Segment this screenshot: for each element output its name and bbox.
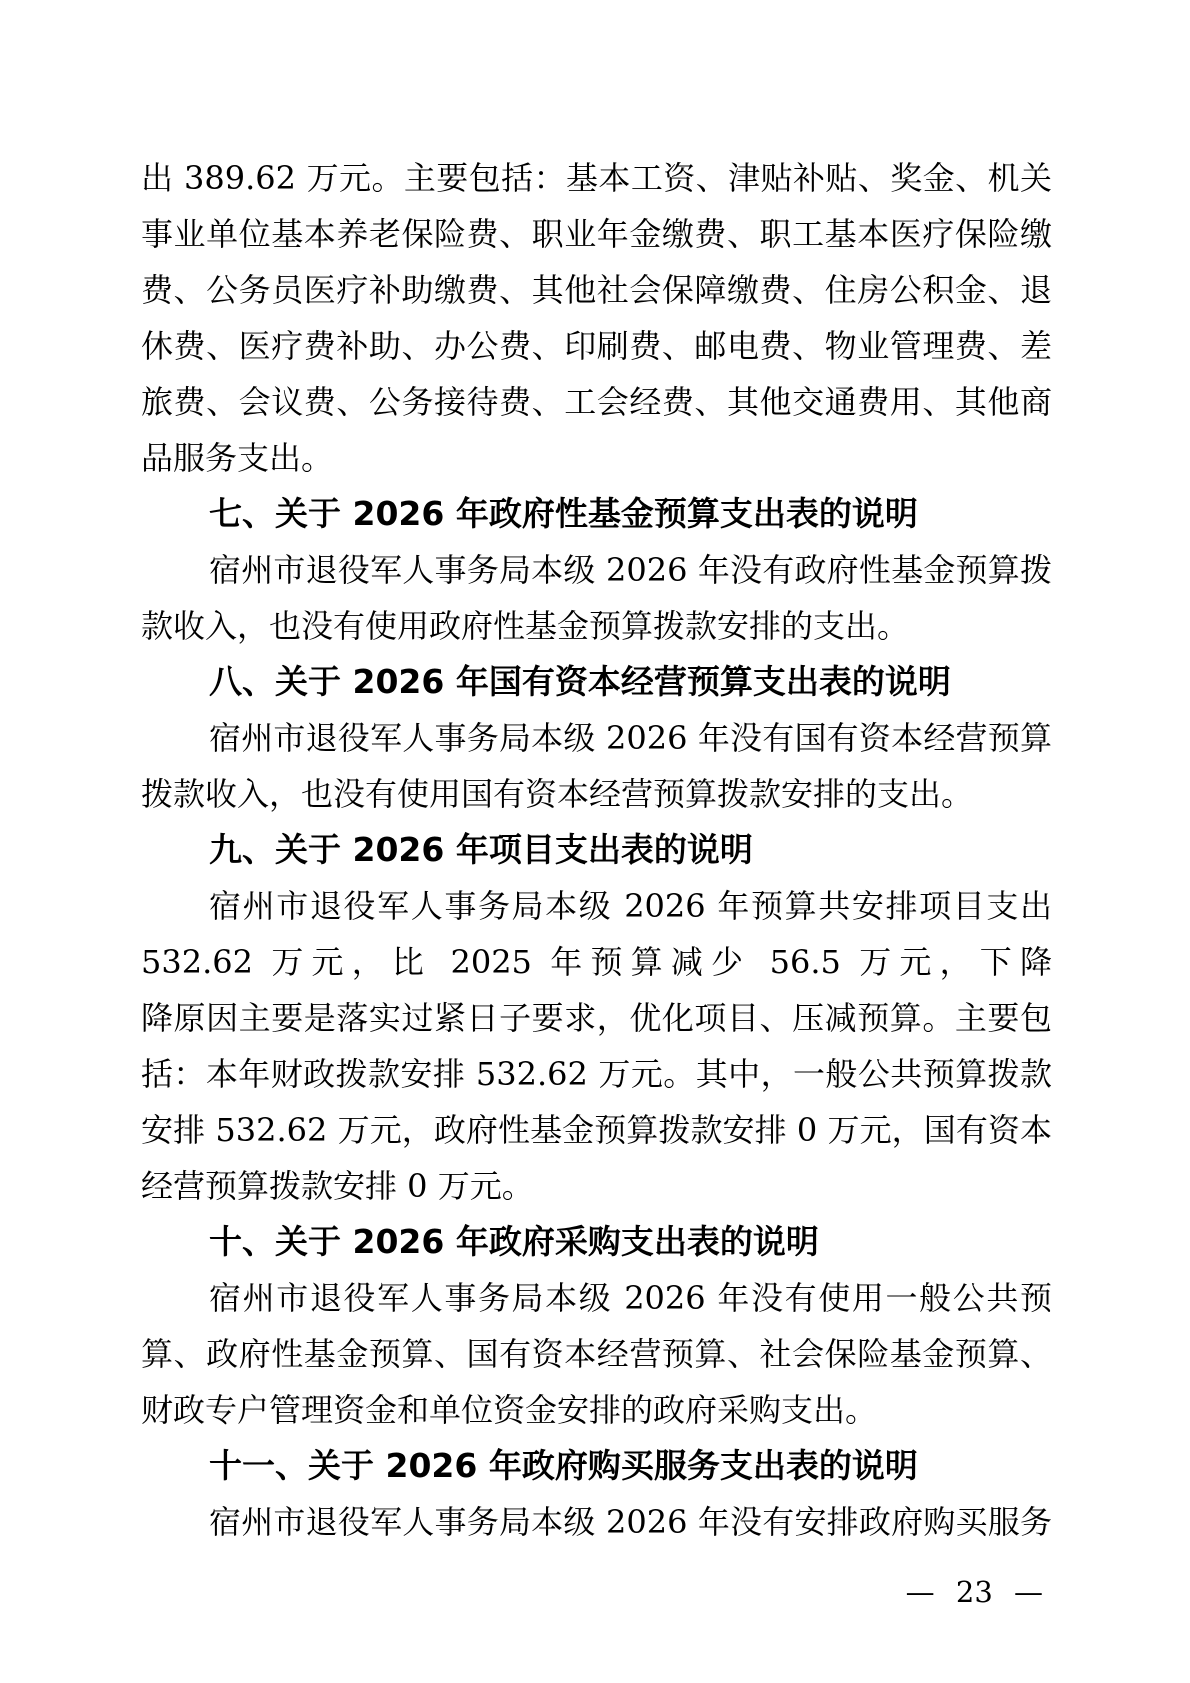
- paragraph: 宿州市退役军人事务局本级 2026 年预算共安排项目支出532.62 万元，比 …: [141, 878, 1052, 1214]
- document-content: 出 389.62 万元。主要包括：基本工资、津贴补贴、奖金、机关事业单位基本养老…: [141, 150, 1052, 1550]
- paragraph: 宿州市退役军人事务局本级 2026 年没有安排政府购买服务: [141, 1494, 1052, 1550]
- document-page: 出 389.62 万元。主要包括：基本工资、津贴补贴、奖金、机关事业单位基本养老…: [0, 0, 1190, 1683]
- paragraph: 宿州市退役军人事务局本级 2026 年没有国有资本经营预算拨款收入，也没有使用国…: [141, 710, 1052, 822]
- text-line: 宿州市退役军人事务局本级 2026 年没有国有资本经营预算: [141, 710, 1052, 766]
- text-line: 宿州市退役军人事务局本级 2026 年没有政府性基金预算拨: [141, 542, 1052, 598]
- paragraph: 宿州市退役军人事务局本级 2026 年没有使用一般公共预算、政府性基金预算、国有…: [141, 1270, 1052, 1438]
- text-line: 九、关于 2026 年项目支出表的说明: [141, 822, 1052, 878]
- text-line: 旅费、会议费、公务接待费、工会经费、其他交通费用、其他商: [141, 374, 1052, 430]
- section-heading: 七、关于 2026 年政府性基金预算支出表的说明: [141, 486, 1052, 542]
- text-line: 拨款收入，也没有使用国有资本经营预算拨款安排的支出。: [141, 766, 1052, 822]
- text-line: 款收入，也没有使用政府性基金预算拨款安排的支出。: [141, 598, 1052, 654]
- text-line: 经营预算拨款安排 0 万元。: [141, 1158, 1052, 1214]
- text-line: 出 389.62 万元。主要包括：基本工资、津贴补贴、奖金、机关: [141, 150, 1052, 206]
- text-line: 事业单位基本养老保险费、职业年金缴费、职工基本医疗保险缴: [141, 206, 1052, 262]
- text-line: 降原因主要是落实过紧日子要求，优化项目、压减预算。主要包: [141, 990, 1052, 1046]
- text-line: 休费、医疗费补助、办公费、印刷费、邮电费、物业管理费、差: [141, 318, 1052, 374]
- text-line: 安排 532.62 万元，政府性基金预算拨款安排 0 万元，国有资本: [141, 1102, 1052, 1158]
- text-line: 费、公务员医疗补助缴费、其他社会保障缴费、住房公积金、退: [141, 262, 1052, 318]
- text-line: 财政专户管理资金和单位资金安排的政府采购支出。: [141, 1382, 1052, 1438]
- text-line: 括：本年财政拨款安排 532.62 万元。其中，一般公共预算拨款: [141, 1046, 1052, 1102]
- section-heading: 十一、关于 2026 年政府购买服务支出表的说明: [141, 1438, 1052, 1494]
- text-line: 宿州市退役军人事务局本级 2026 年没有安排政府购买服务: [141, 1494, 1052, 1550]
- paragraph: 出 389.62 万元。主要包括：基本工资、津贴补贴、奖金、机关事业单位基本养老…: [141, 150, 1052, 486]
- text-line: 宿州市退役军人事务局本级 2026 年预算共安排项目支出: [141, 878, 1052, 934]
- text-line: 七、关于 2026 年政府性基金预算支出表的说明: [141, 486, 1052, 542]
- section-heading: 九、关于 2026 年项目支出表的说明: [141, 822, 1052, 878]
- text-line: 十一、关于 2026 年政府购买服务支出表的说明: [141, 1438, 1052, 1494]
- text-line: 八、关于 2026 年国有资本经营预算支出表的说明: [141, 654, 1052, 710]
- page-number: — 23 —: [906, 1575, 1043, 1609]
- section-heading: 八、关于 2026 年国有资本经营预算支出表的说明: [141, 654, 1052, 710]
- section-heading: 十、关于 2026 年政府采购支出表的说明: [141, 1214, 1052, 1270]
- text-line: 532.62 万元，比 2025 年预算减少 56.5 万元，下降 38.49%…: [141, 934, 1052, 990]
- text-line: 十、关于 2026 年政府采购支出表的说明: [141, 1214, 1052, 1270]
- text-line: 品服务支出。: [141, 430, 1052, 486]
- text-line: 宿州市退役军人事务局本级 2026 年没有使用一般公共预: [141, 1270, 1052, 1326]
- text-line: 算、政府性基金预算、国有资本经营预算、社会保险基金预算、: [141, 1326, 1052, 1382]
- paragraph: 宿州市退役军人事务局本级 2026 年没有政府性基金预算拨款收入，也没有使用政府…: [141, 542, 1052, 654]
